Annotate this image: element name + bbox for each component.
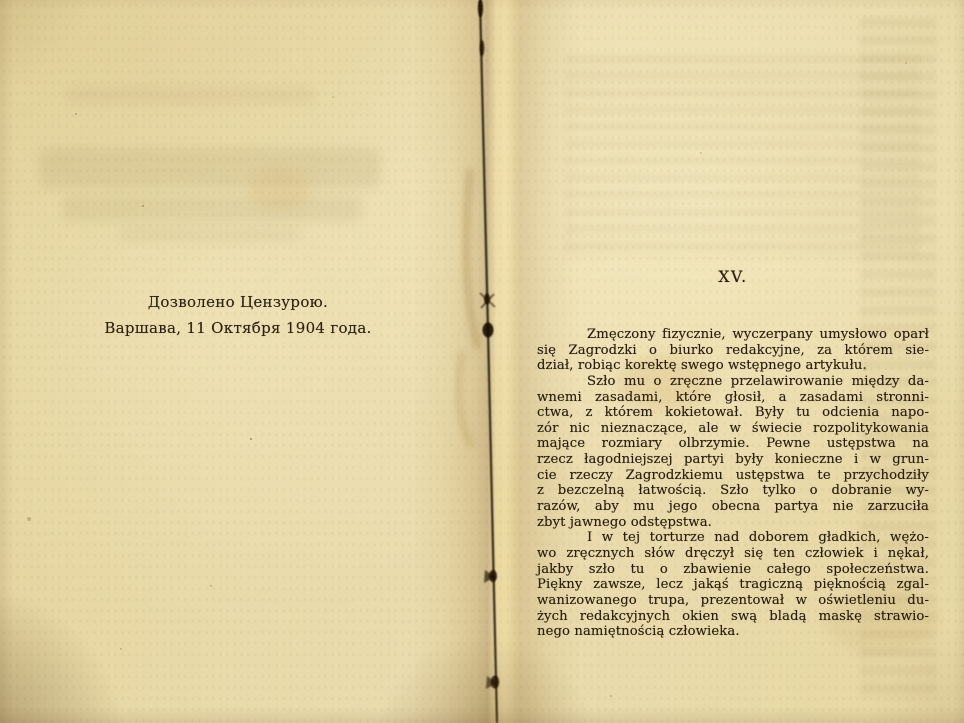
body-line: wanizowanego trupa, prezentował w oświet… xyxy=(537,593,929,609)
ghost-showthrough xyxy=(66,88,316,103)
ghost-showthrough xyxy=(120,228,300,241)
body-line: żych redakcyjnych okien swą bladą maskę … xyxy=(537,609,929,625)
body-line: I w tej torturze nad doborem gładkich, w… xyxy=(537,530,929,546)
body-line: z bezczelną łatwością. Szło tylko o dobr… xyxy=(537,483,929,499)
censor-line-place-date: Варшава, 11 Октября 1904 года. xyxy=(88,315,388,341)
body-line: zbyt jawnego odstępstwa. xyxy=(537,515,929,531)
body-line: zór nic nieznaczące, ale w świecie rozpo… xyxy=(537,421,929,437)
censor-line-approval: Дозволено Цензурою. xyxy=(88,289,388,315)
body-line: wo zręcznych słów dręczył się ten człowi… xyxy=(537,546,929,562)
ghost-showthrough xyxy=(40,148,380,188)
paper-specks xyxy=(0,0,2,2)
body-line: nego namiętnością człowieka. xyxy=(537,624,929,640)
body-line: razów, aby mu jego obecna partya nie zar… xyxy=(537,499,929,515)
ghost-showthrough xyxy=(62,196,362,221)
body-line: dział, robiąc korektę swego wstępnego ar… xyxy=(537,358,929,374)
chapter-heading: XV. xyxy=(538,268,928,286)
body-line: Zmęczony fizycznie, wyczerpany umysłowo … xyxy=(537,327,929,343)
body-line: Piękny zawsze, lecz jakąś tragiczną pięk… xyxy=(537,577,929,593)
body-line: się Zagrodzki o biurko redakcyjne, za kt… xyxy=(537,343,929,359)
body-line: wnemi zasadami, które głosił, a zasadami… xyxy=(537,390,929,406)
body-line: cie rzeczy Zagrodzkiemu ustępstwa te prz… xyxy=(537,468,929,484)
censorship-note: Дозволено Цензурою. Варшава, 11 Октября … xyxy=(88,289,388,341)
body-line: rzecz łagodniejszej partyi były konieczn… xyxy=(537,452,929,468)
body-line: jakby szło tu o zbawienie całego społecz… xyxy=(537,562,929,578)
book-spread: Дозволено Цензурою. Варшава, 11 Октября … xyxy=(0,0,964,723)
body-text: Zmęczony fizycznie, wyczerpany umysłowo … xyxy=(537,327,929,640)
body-line: Szło mu o zręczne przelawirowanie między… xyxy=(537,374,929,390)
ghost-showthrough xyxy=(565,55,920,260)
body-line: ctwa, z którem kokietował. Były tu odcie… xyxy=(537,405,929,421)
body-line: mające rozmiary olbrzymie. Pewne ustępst… xyxy=(537,436,929,452)
